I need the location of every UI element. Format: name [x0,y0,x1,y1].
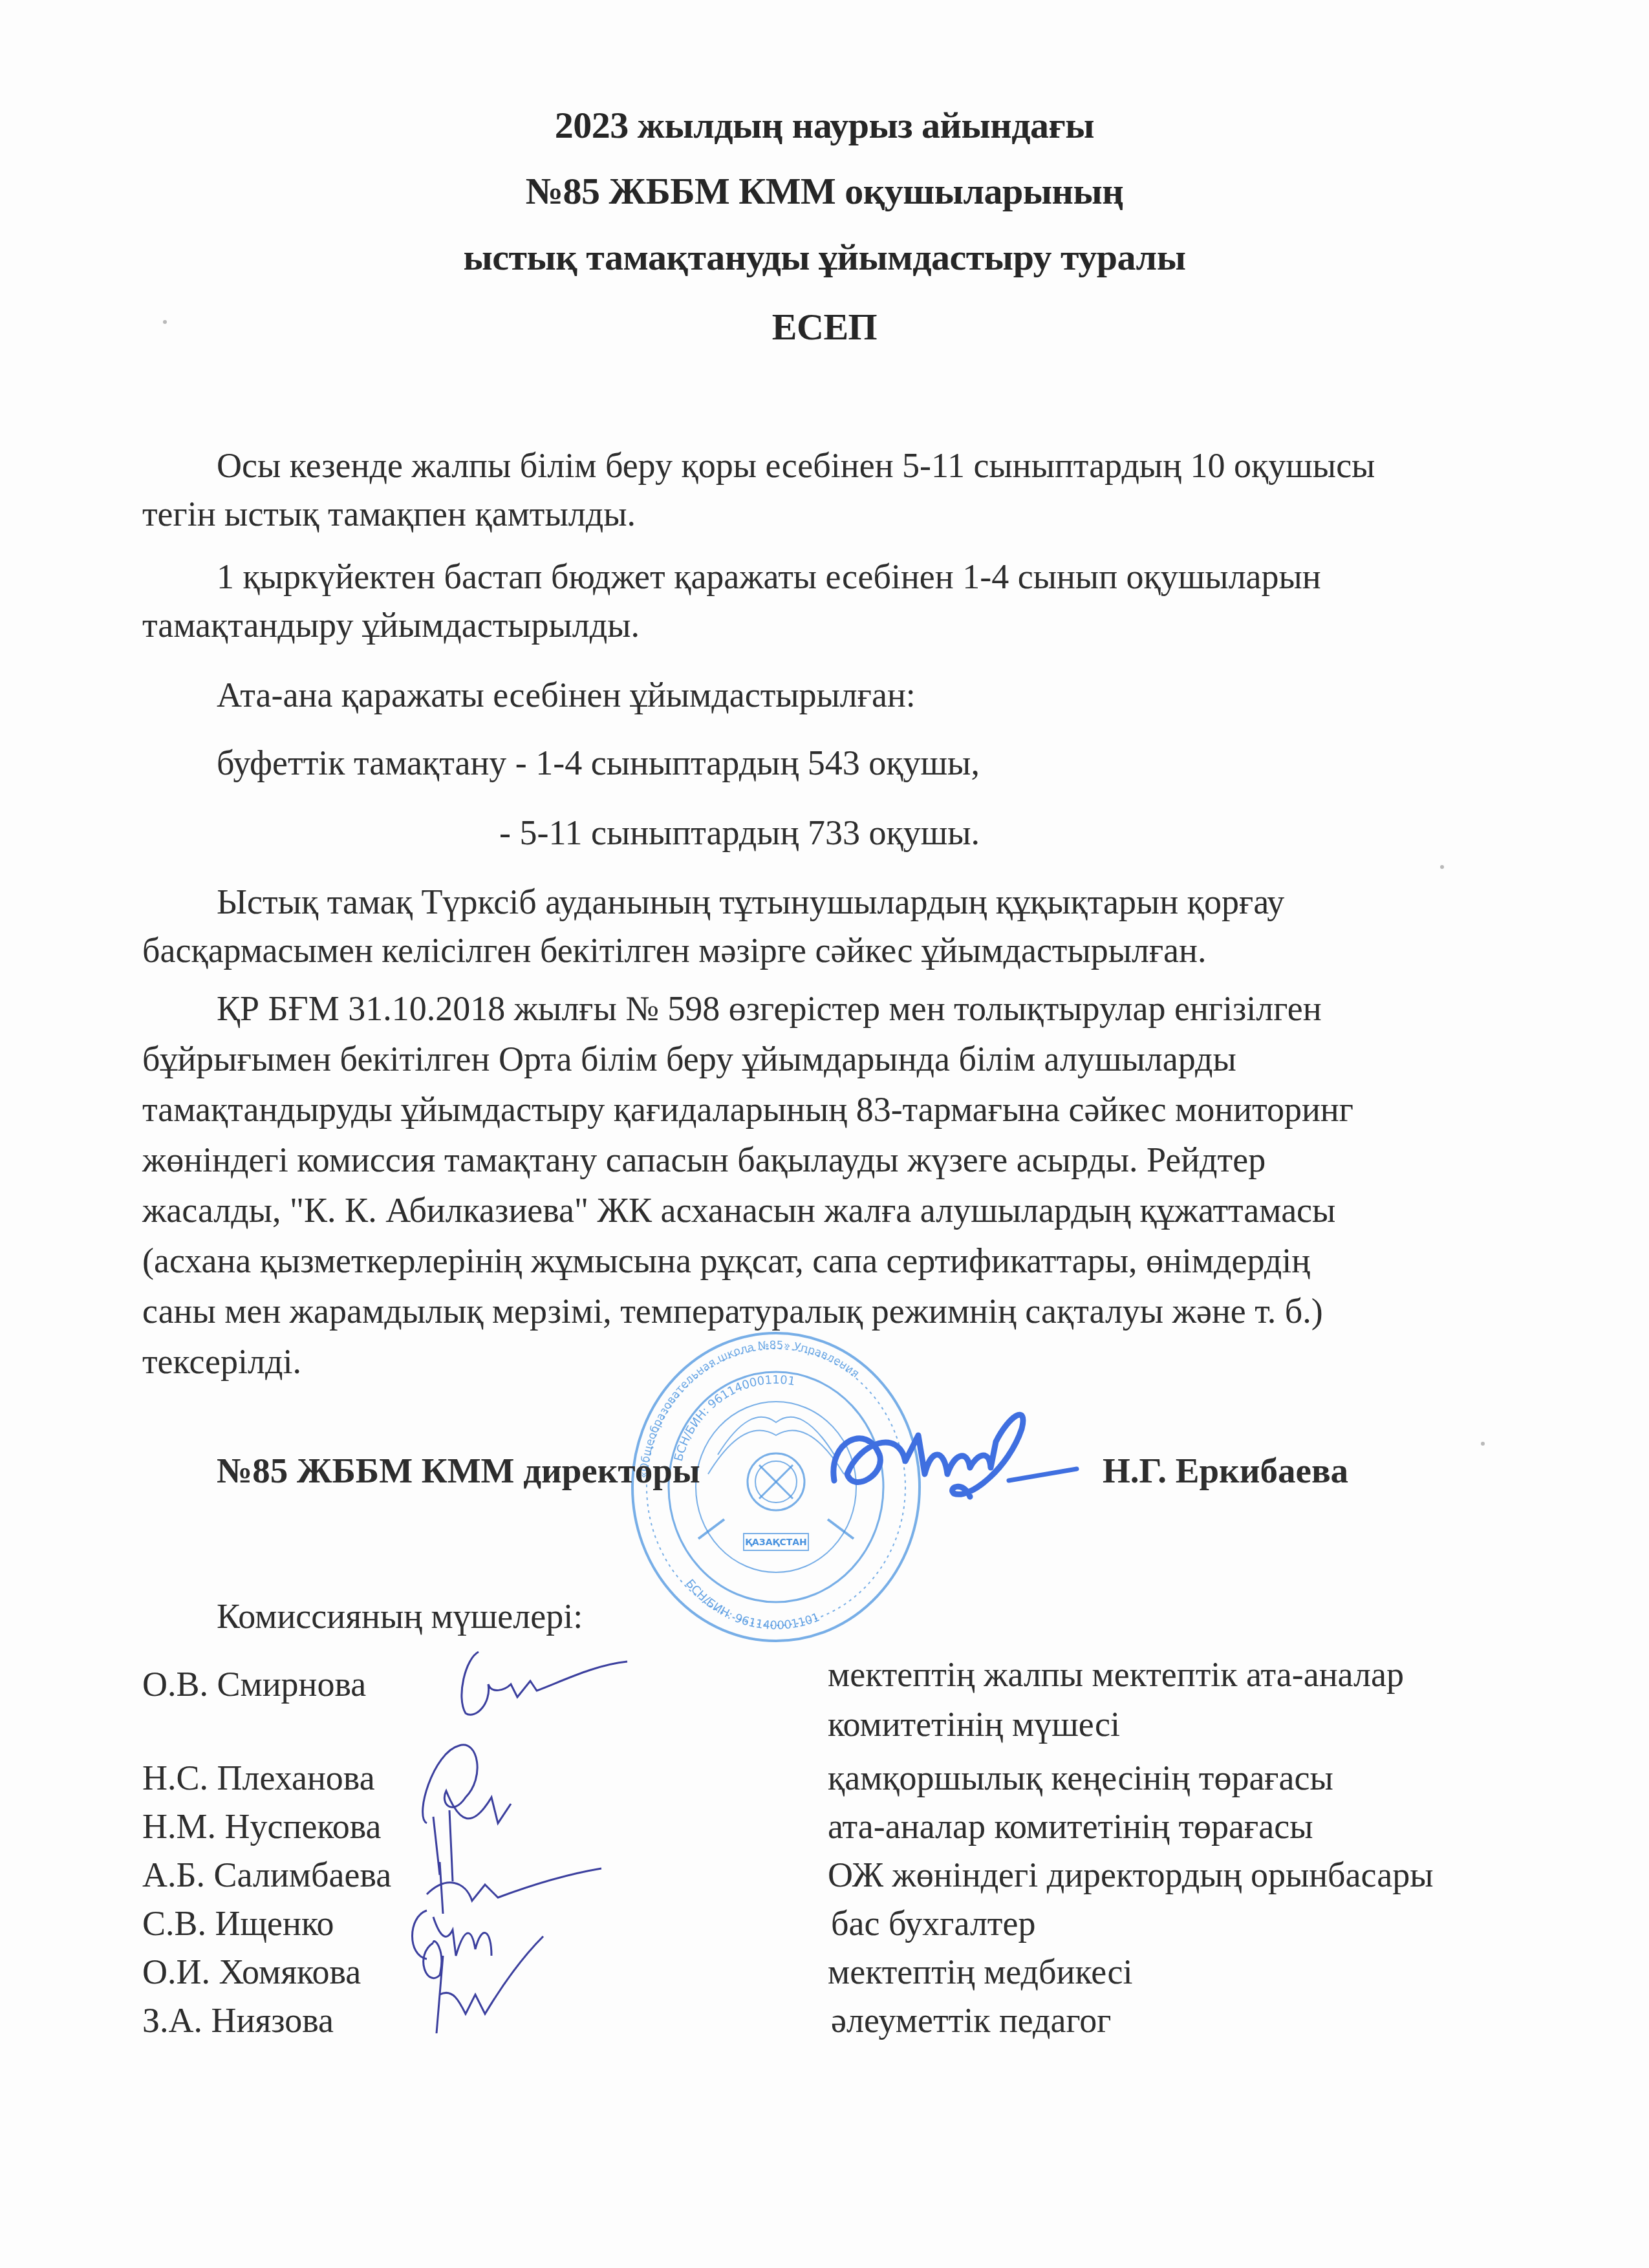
member-name-2: Н.С. Плеханова [142,1759,375,1797]
paragraph-7-line-5: жасалды, "К. К. Абилказиева" ЖК асханасы… [142,1191,1335,1230]
member-role-7: әлеуметтік педагог [831,2001,1111,2040]
director-position: №85 ЖББМ КММ директоры [217,1451,700,1490]
member-role-1-line-1: мектептің жалпы мектептік ата-аналар [828,1655,1404,1694]
paragraph-7-line-2: бұйрығымен бекітілген Орта білім беру ұй… [142,1040,1236,1078]
report-heading: ЕСЕП [0,305,1649,348]
member-name-7: З.А. Ниязова [142,2001,334,2040]
member-role-6: мектептің медбикесі [828,1952,1133,1991]
paragraph-1-line-2: тегін ыстық тамақпен қамтылды. [142,495,636,533]
title-line-1: 2023 жылдың наурыз айындағы [0,103,1649,147]
member-role-5: бас бухгалтер [831,1904,1035,1943]
member-name-5: С.В. Ищенко [142,1904,334,1943]
svg-text:ҚАЗАҚСТАН: ҚАЗАҚСТАН [745,1537,807,1548]
scan-speck [163,320,167,324]
title-line-3: ыстық тамақтануды ұйымдастыру туралы [0,235,1649,279]
paragraph-7-line-1: ҚР БҒМ 31.10.2018 жылғы № 598 өзгерістер… [217,989,1322,1028]
paragraph-4: буфеттік тамақтану - 1-4 сыныптардың 543… [217,744,980,782]
paragraph-1-line-1: Осы кезенде жалпы білім беру қоры есебін… [217,446,1375,485]
paragraph-7-line-3: тамақтандыруды ұйымдастыру қағидаларының… [142,1090,1353,1129]
paragraph-7-line-6: (асхана қызметкерлерінің жұмысына рұқсат… [142,1241,1310,1280]
member-name-1: О.В. Смирнова [142,1665,366,1704]
member-name-4: А.Б. Салимбаева [142,1856,391,1894]
member-role-2: қамқоршылық кеңесінің төрағасы [828,1759,1333,1797]
paragraph-7-line-7: саны мен жарамдылық мерзімі, температура… [142,1292,1323,1331]
member-role-3: ата-аналар комитетінің төрағасы [828,1807,1313,1846]
member-name-3: Н.М. Нуспекова [142,1807,382,1846]
member-name-6: О.И. Хомякова [142,1952,361,1991]
commission-heading: Комиссияның мүшелері: [217,1597,583,1636]
paragraph-7-line-4: жөніндегі комиссия тамақтану сапасын бақ… [142,1140,1266,1179]
svg-text:БСН/БИН: 961140001101: БСН/БИН: 961140001101 [683,1577,822,1632]
paragraph-3: Ата-ана қаражаты есебінен ұйымдастырылға… [217,676,916,714]
signature-smirnova-icon [453,1645,634,1723]
title-line-2: №85 ЖББМ КММ оқушыларының [0,169,1649,213]
paragraph-6-line-2: басқармасымен келісілген бекітілген мәзі… [142,931,1206,970]
paragraph-6-line-1: Ыстық тамақ Түрксіб ауданының тұтынушыла… [217,883,1284,921]
scan-speck [1481,1442,1485,1446]
director-signature-icon [821,1403,1119,1513]
signature-khomyakova-icon [414,1930,556,2040]
director-name: Н.Г. Еркибаева [1103,1451,1348,1490]
scan-speck [1440,865,1444,869]
paragraph-2-line-1: 1 қыркүйектен бастап бюджет қаражаты есе… [217,557,1321,596]
paragraph-7-line-8: тексерілді. [142,1342,301,1381]
paragraph-5: - 5-11 сыныптардың 733 оқушы. [499,813,980,852]
paragraph-2-line-2: тамақтандыру ұйымдастырылды. [142,606,640,645]
member-role-4: ОЖ жөніндегі директордың орынбасары [828,1856,1433,1894]
member-role-1-line-2: комитетінің мүшесі [828,1705,1120,1744]
document-page: 2023 жылдың наурыз айындағы №85 ЖББМ КММ… [0,0,1649,2268]
